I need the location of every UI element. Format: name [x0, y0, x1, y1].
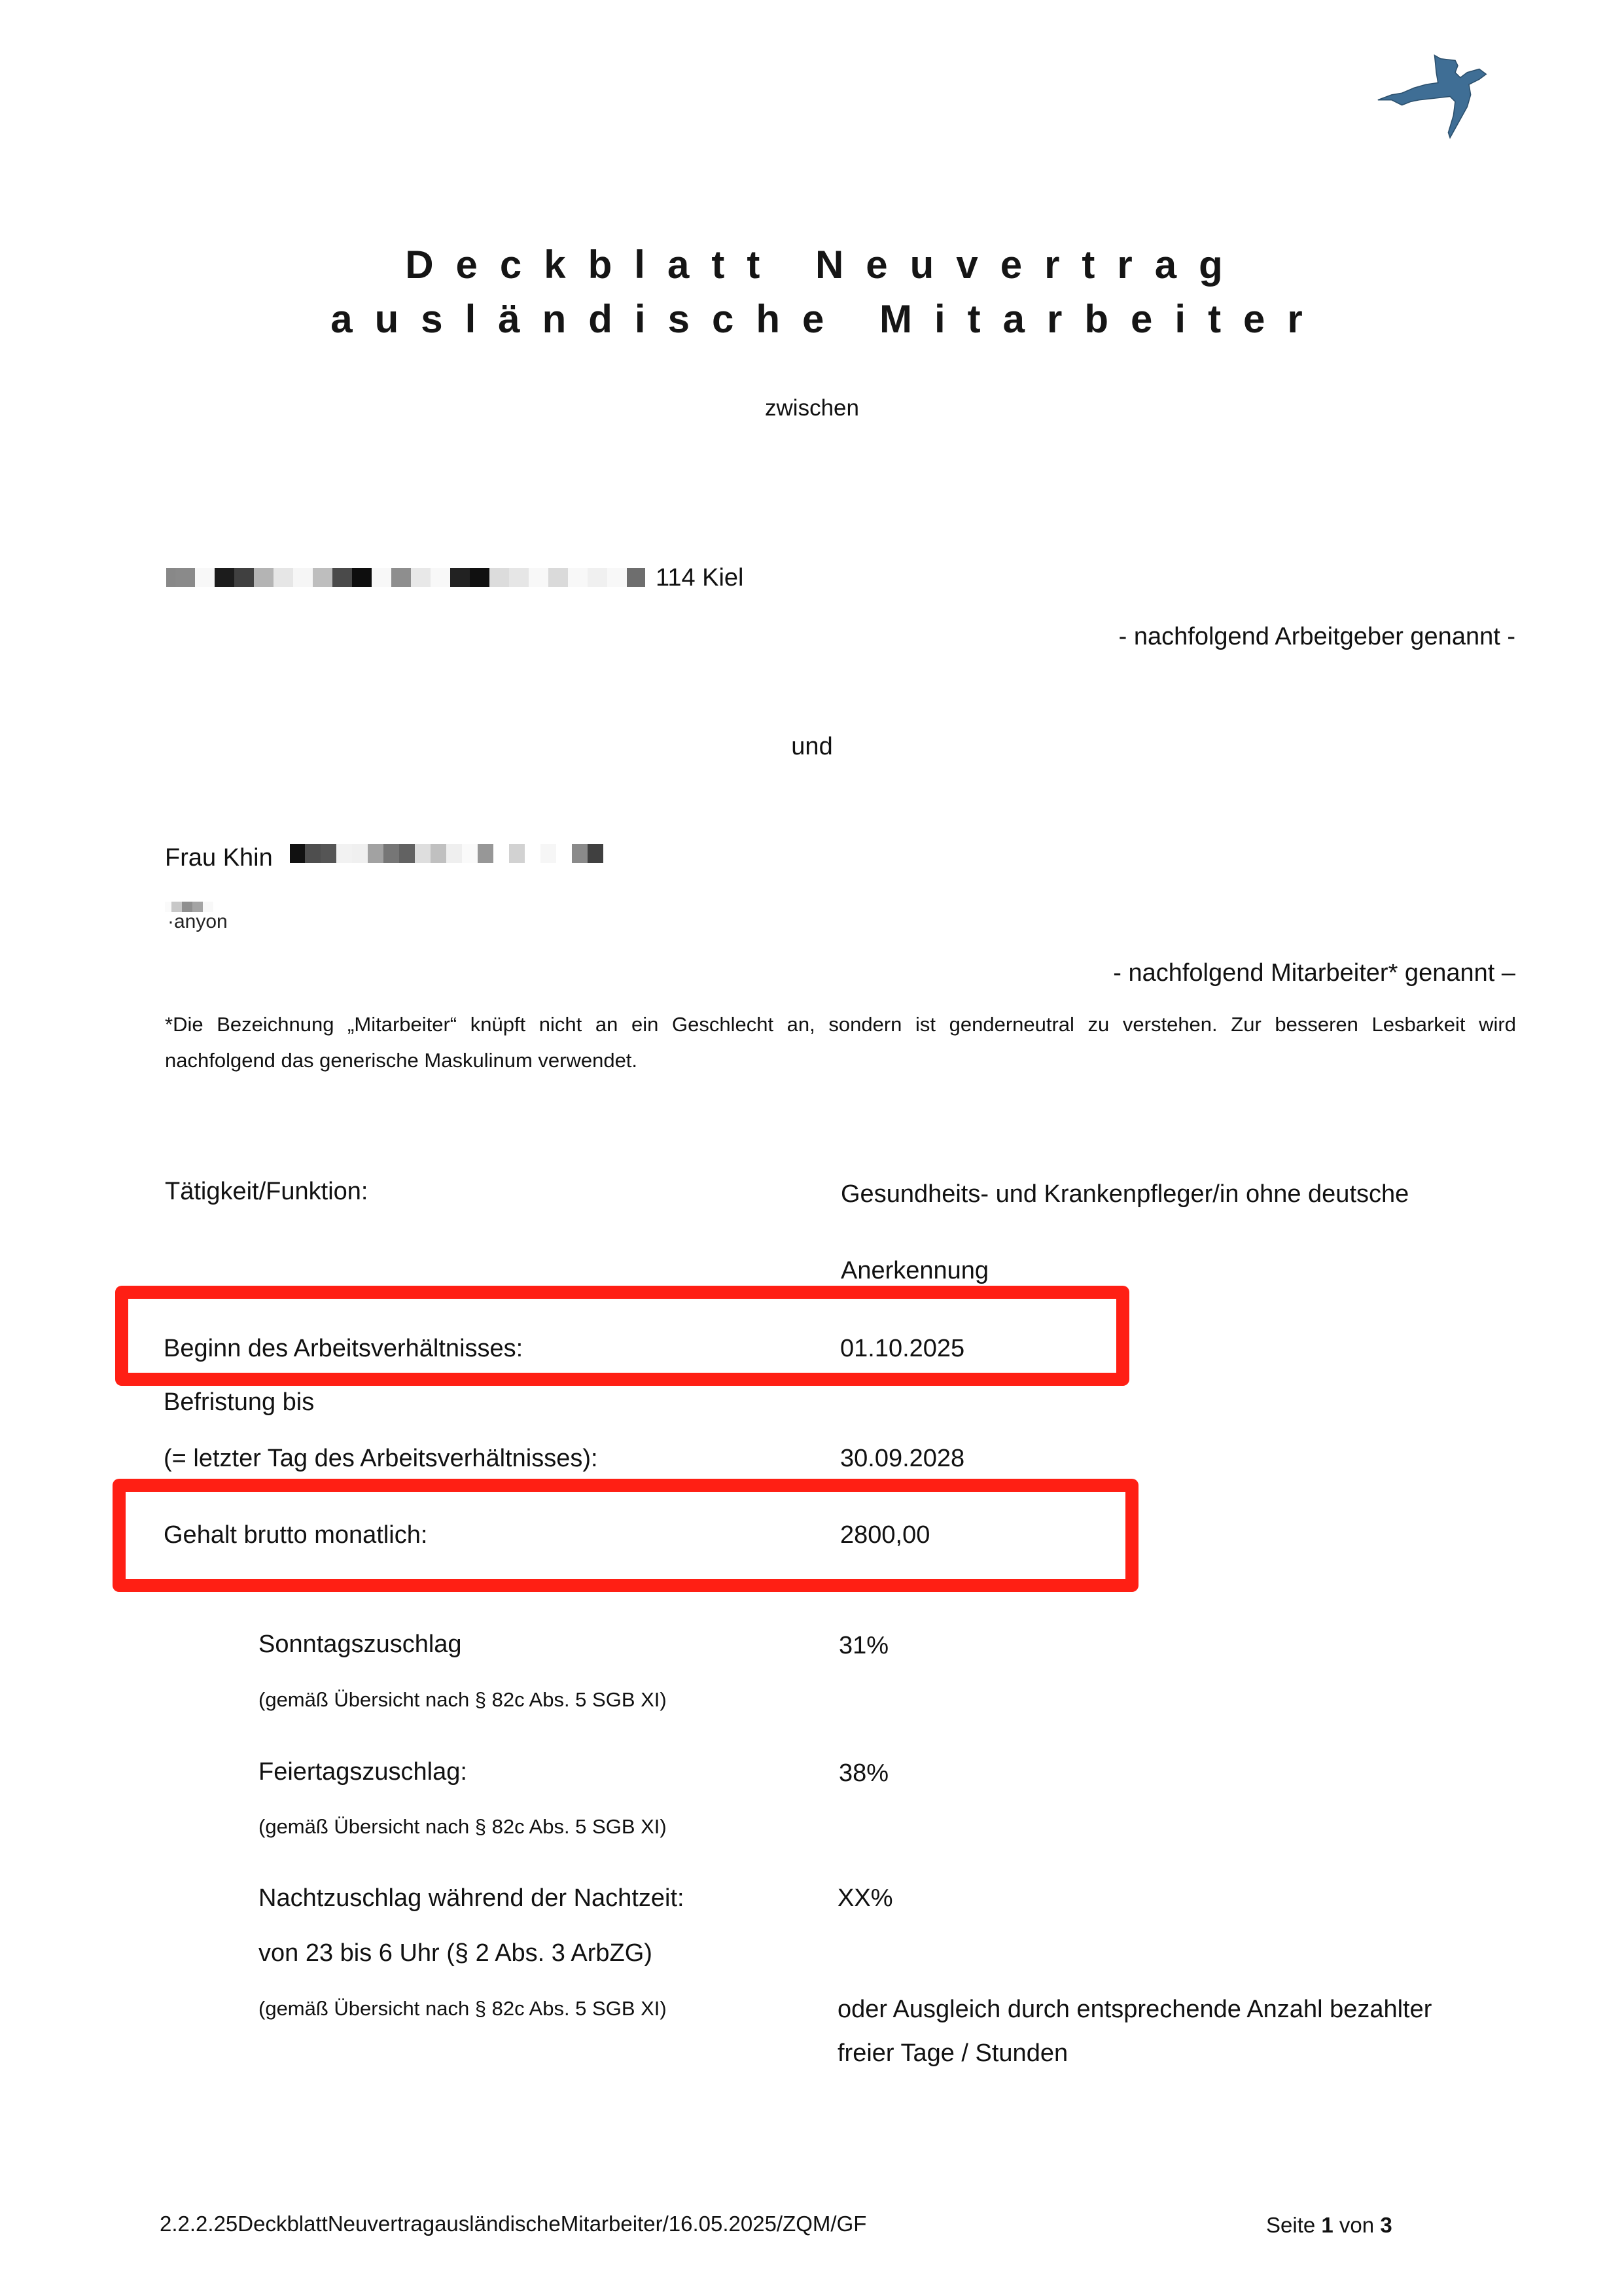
sunday-surcharge-note: (gemäß Übersicht nach § 82c Abs. 5 SGB X… — [258, 1688, 667, 1712]
sunday-surcharge-label: Sonntagszuschlag — [258, 1631, 462, 1659]
function-label: Tätigkeit/Funktion: — [165, 1178, 368, 1206]
document-title-line-1: Deckblatt Neuvertrag — [0, 245, 1624, 285]
page-total: 3 — [1380, 2213, 1392, 2237]
holiday-surcharge-value: 38% — [839, 1759, 889, 1788]
function-value-line-1: Gesundheits- und Krankenpfleger/in ohne … — [841, 1180, 1409, 1209]
redacted-employee-name — [290, 844, 603, 863]
employee-name-visible: Frau Khin — [165, 844, 273, 872]
employer-role-label: - nachfolgend Arbeitgeber genannt - — [1119, 623, 1515, 651]
employee-city-partial: ·anyon — [168, 911, 228, 933]
night-surcharge-hours: von 23 bis 6 Uhr (§ 2 Abs. 3 ArbZG) — [258, 1939, 652, 1968]
night-surcharge-value: XX% — [838, 1884, 892, 1913]
salary-value: 2800,00 — [840, 1521, 930, 1549]
holiday-surcharge-note: (gemäß Übersicht nach § 82c Abs. 5 SGB X… — [258, 1815, 667, 1839]
start-date-label: Beginn des Arbeitsverhältnisses: — [164, 1335, 523, 1363]
between-label: zwischen — [0, 397, 1624, 419]
night-surcharge-note: (gemäß Übersicht nach § 82c Abs. 5 SGB X… — [258, 1997, 667, 2020]
page-separator: von — [1339, 2213, 1374, 2237]
footer-document-reference: 2.2.2.25DeckblattNeuvertragausländischeM… — [160, 2212, 866, 2236]
redacted-employer-address — [166, 568, 645, 587]
sunday-surcharge-value: 31% — [839, 1632, 889, 1660]
end-date-label-line-2: (= letzter Tag des Arbeitsverhältnisses)… — [164, 1445, 598, 1473]
footer-page-number: Seite 1 von 3 — [1266, 2213, 1392, 2238]
gender-note-line-2: nachfolgend das generische Maskulinum ve… — [165, 1049, 637, 1072]
end-date-label-line-1: Befristung bis — [164, 1388, 314, 1417]
end-date-value: 30.09.2028 — [840, 1445, 964, 1473]
night-surcharge-label: Nachtzuschlag während der Nachtzeit: — [258, 1884, 684, 1913]
document-title-line-2: ausländische Mitarbeiter — [0, 300, 1624, 339]
start-date-value: 01.10.2025 — [840, 1335, 964, 1363]
night-surcharge-alternative-line-2: freier Tage / Stunden — [838, 2039, 1068, 2068]
gender-note-line-1: *Die Bezeichnung „Mitarbeiter“ knüpft ni… — [165, 1013, 1516, 1036]
employer-address-visible: 114 Kiel — [656, 564, 744, 592]
salary-label: Gehalt brutto monatlich: — [164, 1521, 427, 1549]
holiday-surcharge-label: Feiertagszuschlag: — [258, 1758, 467, 1786]
page-current: 1 — [1321, 2213, 1333, 2237]
function-value-line-2: Anerkennung — [841, 1257, 989, 1285]
and-label: und — [0, 733, 1624, 761]
bird-logo-icon — [1373, 39, 1510, 154]
night-surcharge-alternative-line-1: oder Ausgleich durch entsprechende Anzah… — [838, 1996, 1432, 2024]
employee-role-label: - nachfolgend Mitarbeiter* genannt – — [1113, 959, 1515, 987]
page-prefix: Seite — [1266, 2213, 1315, 2237]
